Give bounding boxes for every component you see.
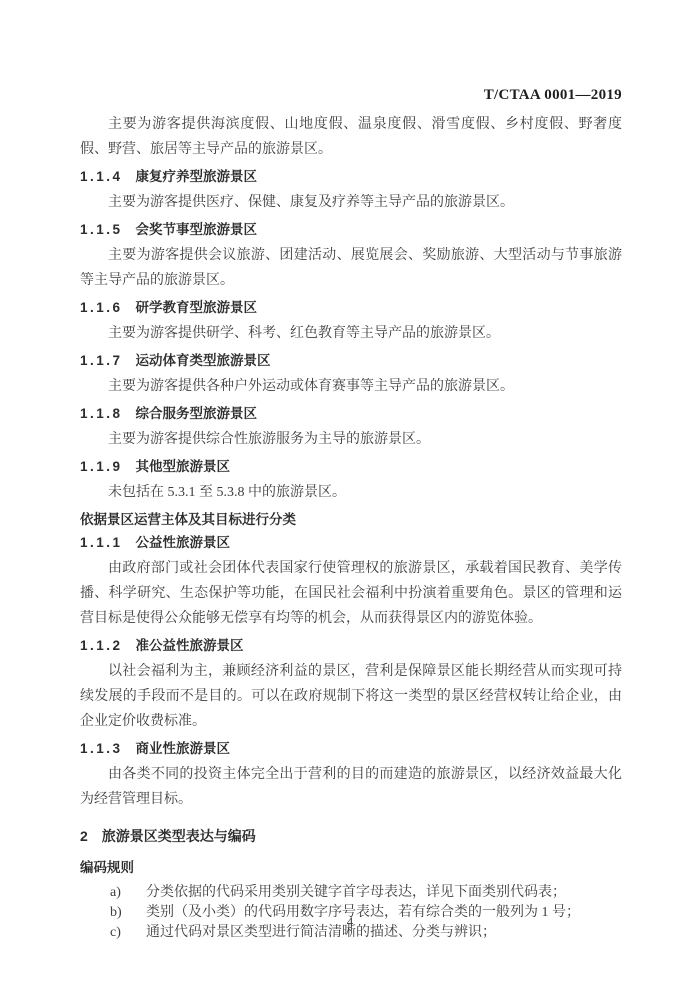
clause-1-1-1-heading: 1.1.1公益性旅游景区 bbox=[80, 534, 622, 551]
clause-number: 1.1.9 bbox=[80, 459, 123, 474]
clause-1-1-4-body: 主要为游客提供医疗、保健、康复及疗养等主导产品的旅游景区。 bbox=[80, 190, 622, 215]
clause-title: 商业性旅游景区 bbox=[136, 741, 231, 756]
list-item-text: 分类依据的代码采用类别关键字首字母表达，详见下面类别代码表； bbox=[146, 883, 622, 903]
document-page: T/CTAA 0001—2019 主要为游客提供海滨度假、山地度假、温泉度假、滑… bbox=[0, 0, 700, 990]
clause-title: 准公益性旅游景区 bbox=[136, 638, 244, 653]
clause-1-1-8-body: 主要为游客提供综合性旅游服务为主导的旅游景区。 bbox=[80, 427, 622, 452]
clause-title: 综合服务型旅游景区 bbox=[136, 406, 258, 421]
list-item: a) 分类依据的代码采用类别关键字首字母表达，详见下面类别代码表； bbox=[80, 883, 622, 903]
clause-title: 其他型旅游景区 bbox=[136, 459, 231, 474]
clause-number: 1.1.7 bbox=[80, 353, 123, 368]
section-title: 旅游景区类型表达与编码 bbox=[102, 828, 256, 844]
clause-1-1-3-heading: 1.1.3商业性旅游景区 bbox=[80, 740, 622, 757]
clause-title: 康复疗养型旅游景区 bbox=[136, 169, 258, 184]
clause-1-1-4-heading: 1.1.4康复疗养型旅游景区 bbox=[80, 168, 622, 185]
doc-header: T/CTAA 0001—2019 bbox=[80, 86, 622, 104]
coding-rules-heading: 编码规则 bbox=[80, 859, 622, 876]
clause-title: 运动体育类型旅游景区 bbox=[136, 353, 271, 368]
clause-number: 1.1.1 bbox=[80, 535, 123, 550]
clause-1-1-9-body: 未包括在 5.3.1 至 5.3.8 中的旅游景区。 bbox=[80, 480, 622, 505]
clause-1-1-9-heading: 1.1.9其他型旅游景区 bbox=[80, 458, 622, 475]
clause-number: 1.1.4 bbox=[80, 169, 123, 184]
section-number: 2 bbox=[80, 828, 88, 844]
clause-1-1-6-body: 主要为游客提供研学、科考、红色教育等主导产品的旅游景区。 bbox=[80, 321, 622, 346]
clause-number: 1.1.3 bbox=[80, 741, 123, 756]
clause-number: 1.1.6 bbox=[80, 300, 123, 315]
page-number: 4 bbox=[0, 914, 700, 930]
clause-number: 1.1.2 bbox=[80, 638, 123, 653]
clause-1-1-5-heading: 1.1.5会奖节事型旅游景区 bbox=[80, 221, 622, 238]
clause-1-1-1-body: 由政府部门或社会团体代表国家行使管理权的旅游景区，承载着国民教育、美学传播、科学… bbox=[80, 556, 622, 631]
clause-number: 1.1.5 bbox=[80, 222, 123, 237]
intro-paragraph: 主要为游客提供海滨度假、山地度假、温泉度假、滑雪度假、乡村度假、野奢度假、野营、… bbox=[80, 112, 622, 162]
clause-number: 1.1.8 bbox=[80, 406, 123, 421]
clause-title: 会奖节事型旅游景区 bbox=[136, 222, 258, 237]
clause-1-1-5-body: 主要为游客提供会议旅游、团建活动、展览展会、奖励旅游、大型活动与节事旅游等主导产… bbox=[80, 243, 622, 293]
list-item-marker: a) bbox=[110, 883, 146, 903]
clause-1-1-6-heading: 1.1.6研学教育型旅游景区 bbox=[80, 299, 622, 316]
clause-1-1-2-heading: 1.1.2准公益性旅游景区 bbox=[80, 637, 622, 654]
clause-title: 研学教育型旅游景区 bbox=[136, 300, 258, 315]
clause-1-1-2-body: 以社会福利为主，兼顾经济利益的景区，营利是保障景区能长期经营从而实现可持续发展的… bbox=[80, 659, 622, 734]
clause-1-1-3-body: 由各类不同的投资主体完全出于营利的目的而建造的旅游景区，以经济效益最大化为经营管… bbox=[80, 762, 622, 812]
group-heading-operators: 依据景区运营主体及其目标进行分类 bbox=[80, 511, 622, 528]
doc-number: T/CTAA 0001—2019 bbox=[484, 87, 622, 103]
section-2-heading: 2旅游景区类型表达与编码 bbox=[80, 828, 622, 845]
clause-1-1-8-heading: 1.1.8综合服务型旅游景区 bbox=[80, 405, 622, 422]
clause-1-1-7-body: 主要为游客提供各种户外运动或体育赛事等主导产品的旅游景区。 bbox=[80, 374, 622, 399]
coding-rules-list: a) 分类依据的代码采用类别关键字首字母表达，详见下面类别代码表； b) 类别（… bbox=[80, 883, 622, 943]
clause-1-1-7-heading: 1.1.7运动体育类型旅游景区 bbox=[80, 352, 622, 369]
clause-title: 公益性旅游景区 bbox=[136, 535, 231, 550]
